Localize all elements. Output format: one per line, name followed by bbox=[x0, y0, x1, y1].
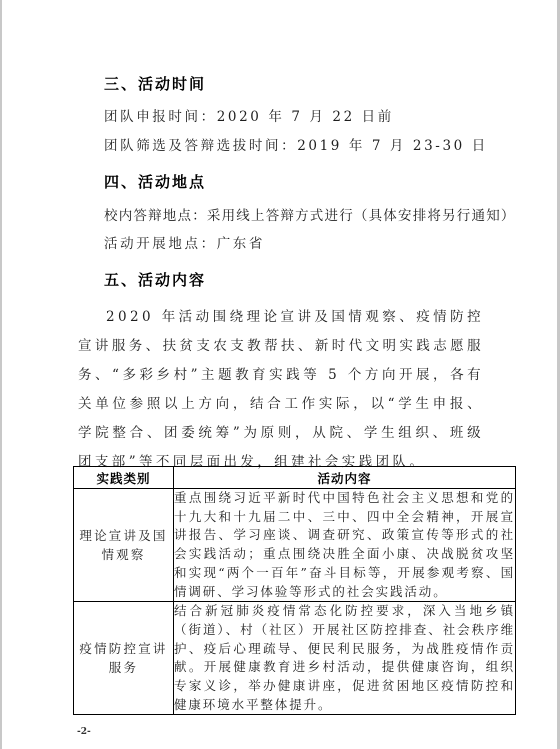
activity-location: 活动开展地点：广东省 bbox=[104, 234, 265, 254]
header-content: 活动内容 bbox=[174, 467, 516, 489]
header-category: 实践类别 bbox=[74, 467, 174, 489]
table-header-row: 实践类别 活动内容 bbox=[74, 467, 516, 489]
page-number: -2- bbox=[77, 727, 91, 737]
table-row: 疫情防控宣讲服务 结合新冠肺炎疫情常态化防控要求，深入当地乡镇（街道）、村（社区… bbox=[74, 602, 516, 715]
section-heading-time: 三、活动时间 bbox=[104, 74, 206, 94]
team-selection-time: 团队筛选及答辩选拔时间：2019 年 7 月 23-30 日 bbox=[104, 136, 488, 156]
table-row: 理论宣讲及国情观察 重点围绕习近平新时代中国特色社会主义思想和党的十九大和十九届… bbox=[74, 489, 516, 602]
content-paragraph: 2020 年活动围绕理论宣讲及国情观察、疫情防控宣讲服务、扶贫支农支教帮扶、新时… bbox=[78, 303, 484, 477]
defense-location: 校内答辩地点：采用线上答辩方式进行（具体安排将另行通知） bbox=[104, 206, 516, 226]
content-cell: 重点围绕习近平新时代中国特色社会主义思想和党的十九大和十九届二中、三中、四中全会… bbox=[174, 489, 516, 602]
page-border-left bbox=[0, 0, 2, 749]
category-cell: 理论宣讲及国情观察 bbox=[74, 489, 174, 602]
section-heading-content: 五、活动内容 bbox=[104, 270, 206, 290]
content-cell: 结合新冠肺炎疫情常态化防控要求，深入当地乡镇（街道）、村（社区）开展社区防控排查… bbox=[174, 602, 516, 715]
category-cell: 疫情防控宣讲服务 bbox=[74, 602, 174, 715]
team-apply-time: 团队申报时间：2020 年 7 月 22 日前 bbox=[104, 107, 394, 127]
section-heading-location: 四、活动地点 bbox=[104, 172, 206, 192]
practice-table: 实践类别 活动内容 理论宣讲及国情观察 重点围绕习近平新时代中国特色社会主义思想… bbox=[73, 466, 516, 715]
